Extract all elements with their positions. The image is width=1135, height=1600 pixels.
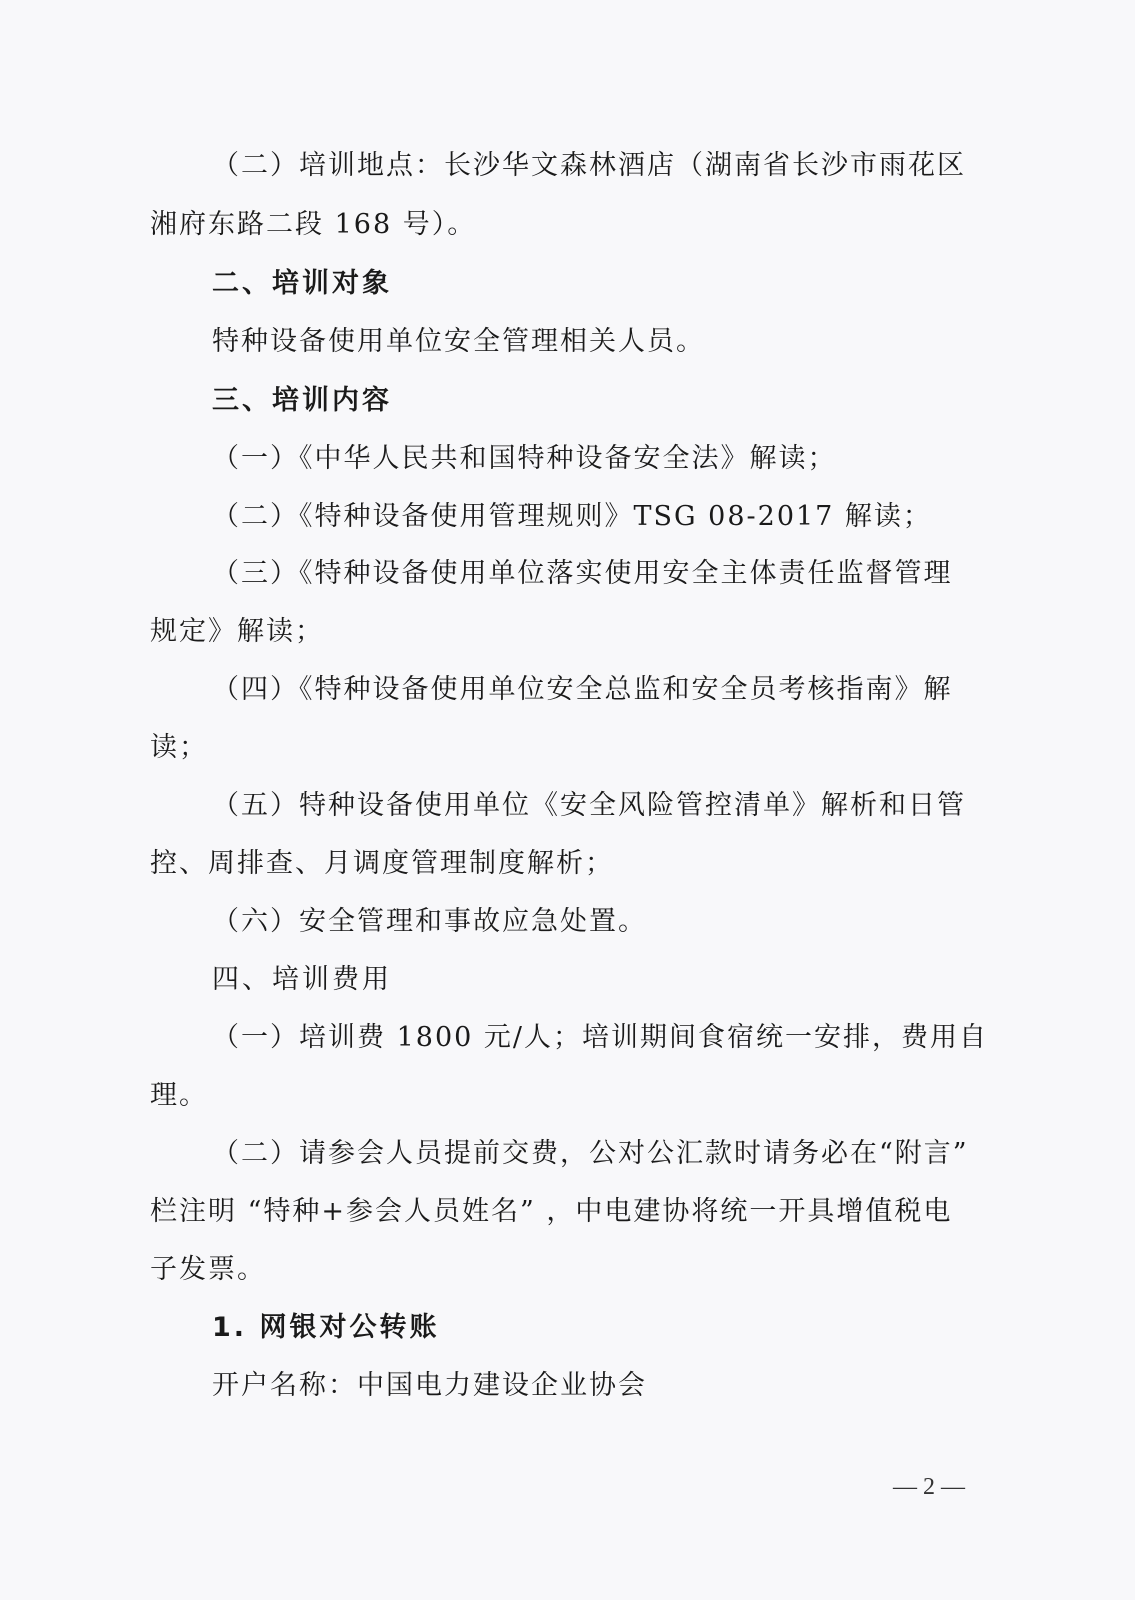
- training-target-text: 特种设备使用单位安全管理相关人员。: [212, 322, 705, 362]
- section-heading-training-target: 二、培训对象: [212, 264, 392, 304]
- fee-item-2-line-1: （二）请参会人员提前交费，公对公汇款时请务必在“附言”: [212, 1134, 969, 1174]
- content-item-2: （二）《特种设备使用管理规则》TSG 08-2017 解读；: [212, 497, 932, 537]
- content-item-4-line-1: （四）《特种设备使用单位安全总监和安全员考核指南》解: [212, 670, 953, 710]
- document-page: （二）培训地点：长沙华文森林酒店（湖南省长沙市雨花区 湘府东路二段 168 号）…: [0, 0, 1135, 1600]
- content-item-4-line-2: 读；: [150, 728, 208, 768]
- content-item-3-line-1: （三）《特种设备使用单位落实使用安全主体责任监督管理: [212, 554, 953, 594]
- fee-item-2-line-2: 栏注明 “特种+参会人员姓名” ，中电建协将统一开具增值税电: [150, 1192, 952, 1232]
- section-heading-training-content: 三、培训内容: [212, 381, 392, 421]
- account-name-line: 开户名称：中国电力建设企业协会: [212, 1366, 647, 1406]
- payment-method-heading: 1. 网银对公转账: [212, 1308, 439, 1348]
- content-item-6: （六）安全管理和事故应急处置。: [212, 902, 647, 942]
- page-number: — 2 —: [893, 1472, 965, 1502]
- content-item-5-line-2: 控、周排查、月调度管理制度解析；: [150, 844, 614, 884]
- content-item-1: （一）《中华人民共和国特种设备安全法》解读；: [212, 439, 837, 479]
- fee-item-2-line-3: 子发票。: [150, 1250, 266, 1290]
- content-item-3-line-2: 规定》解读；: [150, 612, 324, 652]
- training-location-line-2: 湘府东路二段 168 号）。: [150, 205, 476, 245]
- fee-item-1-line-2: 理。: [150, 1076, 208, 1116]
- training-location-line-1: （二）培训地点：长沙华文森林酒店（湖南省长沙市雨花区: [212, 146, 966, 186]
- fee-item-1-line-1: （一）培训费 1800 元/人；培训期间食宿统一安排，费用自: [212, 1018, 988, 1058]
- content-item-5-line-1: （五）特种设备使用单位《安全风险管控清单》解析和日管: [212, 786, 966, 826]
- section-heading-training-fee: 四、培训费用: [212, 960, 392, 1000]
